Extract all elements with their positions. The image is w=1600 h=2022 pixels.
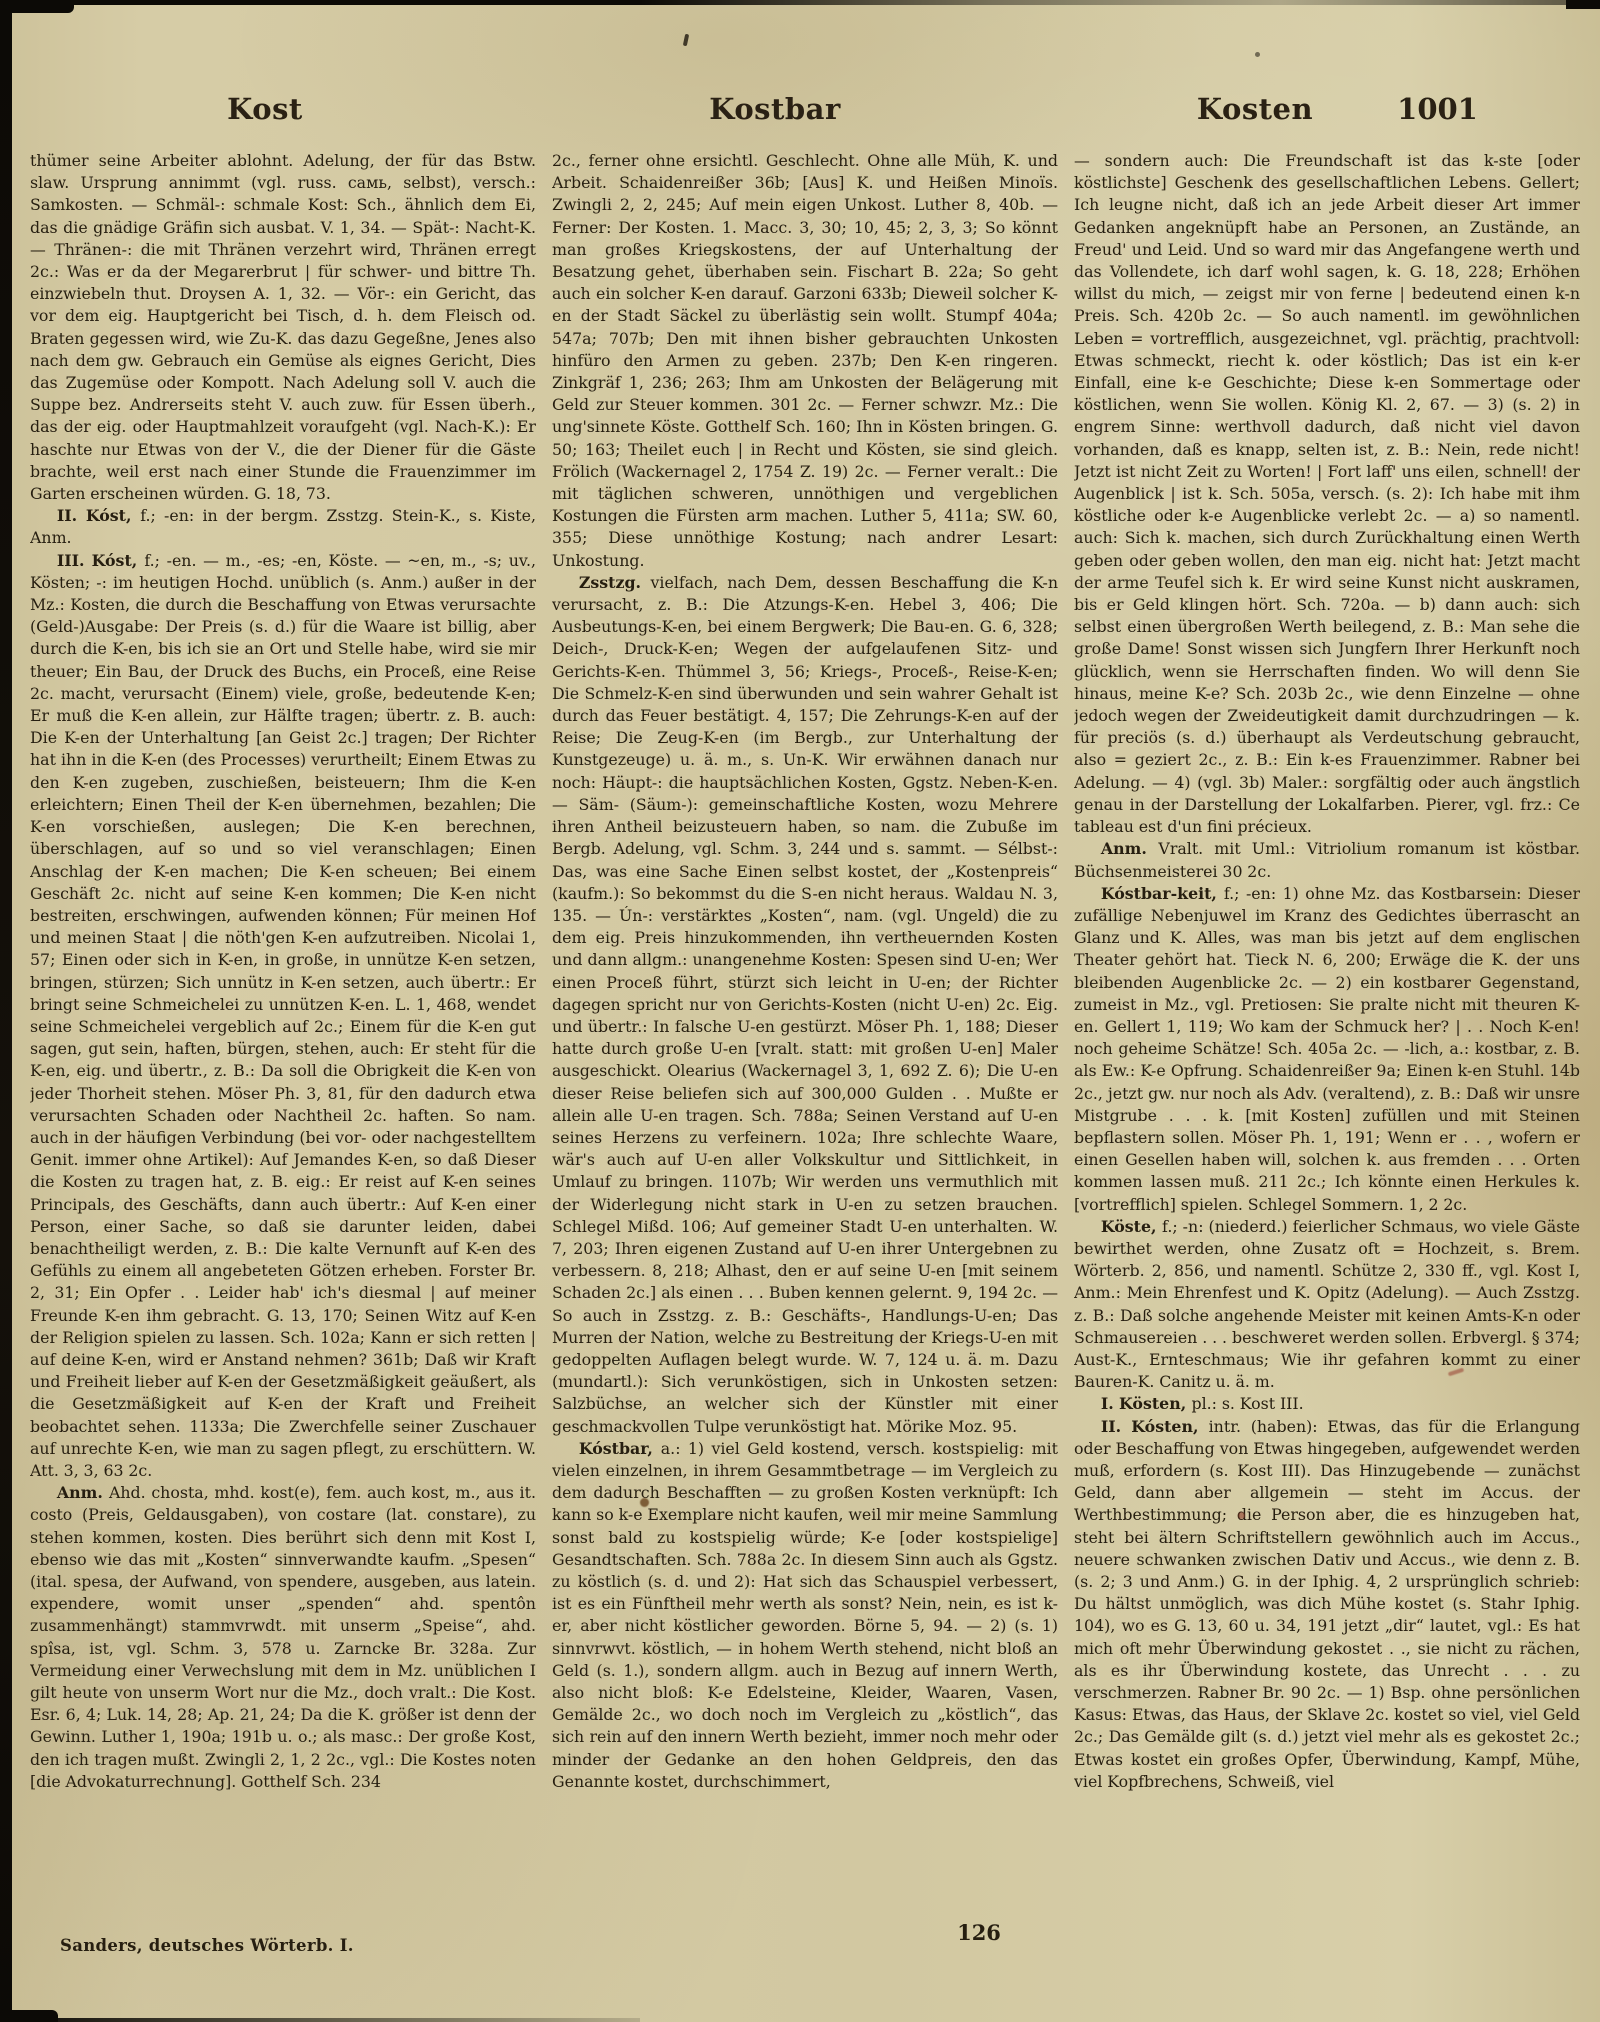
- paragraph: Kóstbar, a.: 1) viel Geld kostend, versc…: [552, 1438, 1058, 1793]
- paragraph: III. Kóst, f.; -en. — m., -es; -en, Köst…: [30, 550, 536, 1483]
- text-column-center: 2c., ferner ohne ersichtl. Geschlecht. O…: [552, 150, 1058, 1912]
- entry-headword: III. Kóst,: [57, 551, 145, 570]
- running-head-center: Kostbar: [700, 92, 850, 126]
- text-column-right: — sondern auch: Die Freundschaft ist das…: [1074, 150, 1580, 1912]
- ink-speck: [683, 34, 689, 47]
- entry-headword: Zsstzg.: [579, 573, 651, 592]
- paragraph: II. Kósten, intr. (haben): Etwas, das fü…: [1074, 1416, 1580, 1793]
- paragraph: Anm. Ahd. chosta, mhd. kost(e), fem. auc…: [30, 1482, 536, 1793]
- footer-signature: Sanders, deutsches Wörterb. I.: [60, 1936, 354, 1955]
- running-head-right: Kosten: [1180, 92, 1330, 126]
- entry-headword: Anm.: [1101, 839, 1159, 858]
- scan-edge-top: [0, 0, 1600, 5]
- paragraph: — sondern auch: Die Freundschaft ist das…: [1074, 150, 1580, 838]
- scan-corner-top-right: [1566, 0, 1600, 9]
- page-number: 1001: [1385, 92, 1490, 126]
- entry-headword: Anm.: [57, 1483, 109, 1502]
- entry-headword: I. Kösten,: [1101, 1394, 1192, 1413]
- sheet-signature: 126: [933, 1920, 1025, 1945]
- entry-headword: II. Kósten,: [1101, 1417, 1209, 1436]
- text-column-left: thümer seine Arbeiter ablohnt. Adelung, …: [30, 150, 536, 1912]
- ink-speck: [1255, 52, 1260, 57]
- scan-edge-bottom: [0, 2018, 640, 2022]
- paragraph: II. Kóst, f.; -en: in der bergm. Zsstzg.…: [30, 505, 536, 549]
- paragraph: Anm. Vralt. mit Uml.: Vitriolium romanum…: [1074, 838, 1580, 882]
- paragraph: Zsstzg. vielfach, nach Dem, dessen Besch…: [552, 572, 1058, 1438]
- text-columns: thümer seine Arbeiter ablohnt. Adelung, …: [30, 150, 1580, 1912]
- entry-headword: II. Kóst,: [57, 506, 140, 525]
- paragraph: I. Kösten, pl.: s. Kost III.: [1074, 1393, 1580, 1415]
- entry-headword: Köste,: [1101, 1217, 1162, 1236]
- paragraph: Köste, f.; -n: (niederd.) feierlicher Sc…: [1074, 1216, 1580, 1394]
- scan-corner-top-left: [0, 0, 74, 13]
- paragraph: Kóstbar-keit, f.; -en: 1) ohne Mz. das K…: [1074, 883, 1580, 1216]
- running-head-left: Kost: [200, 92, 330, 126]
- paragraph: thümer seine Arbeiter ablohnt. Adelung, …: [30, 150, 536, 505]
- scan-edge-left: [0, 0, 12, 2022]
- entry-headword: Kóstbar-keit,: [1101, 884, 1224, 903]
- scanned-dictionary-page: Kost Kostbar Kosten 1001 thümer seine Ar…: [0, 0, 1600, 2022]
- entry-headword: Kóstbar,: [579, 1439, 661, 1458]
- paragraph: 2c., ferner ohne ersichtl. Geschlecht. O…: [552, 150, 1058, 572]
